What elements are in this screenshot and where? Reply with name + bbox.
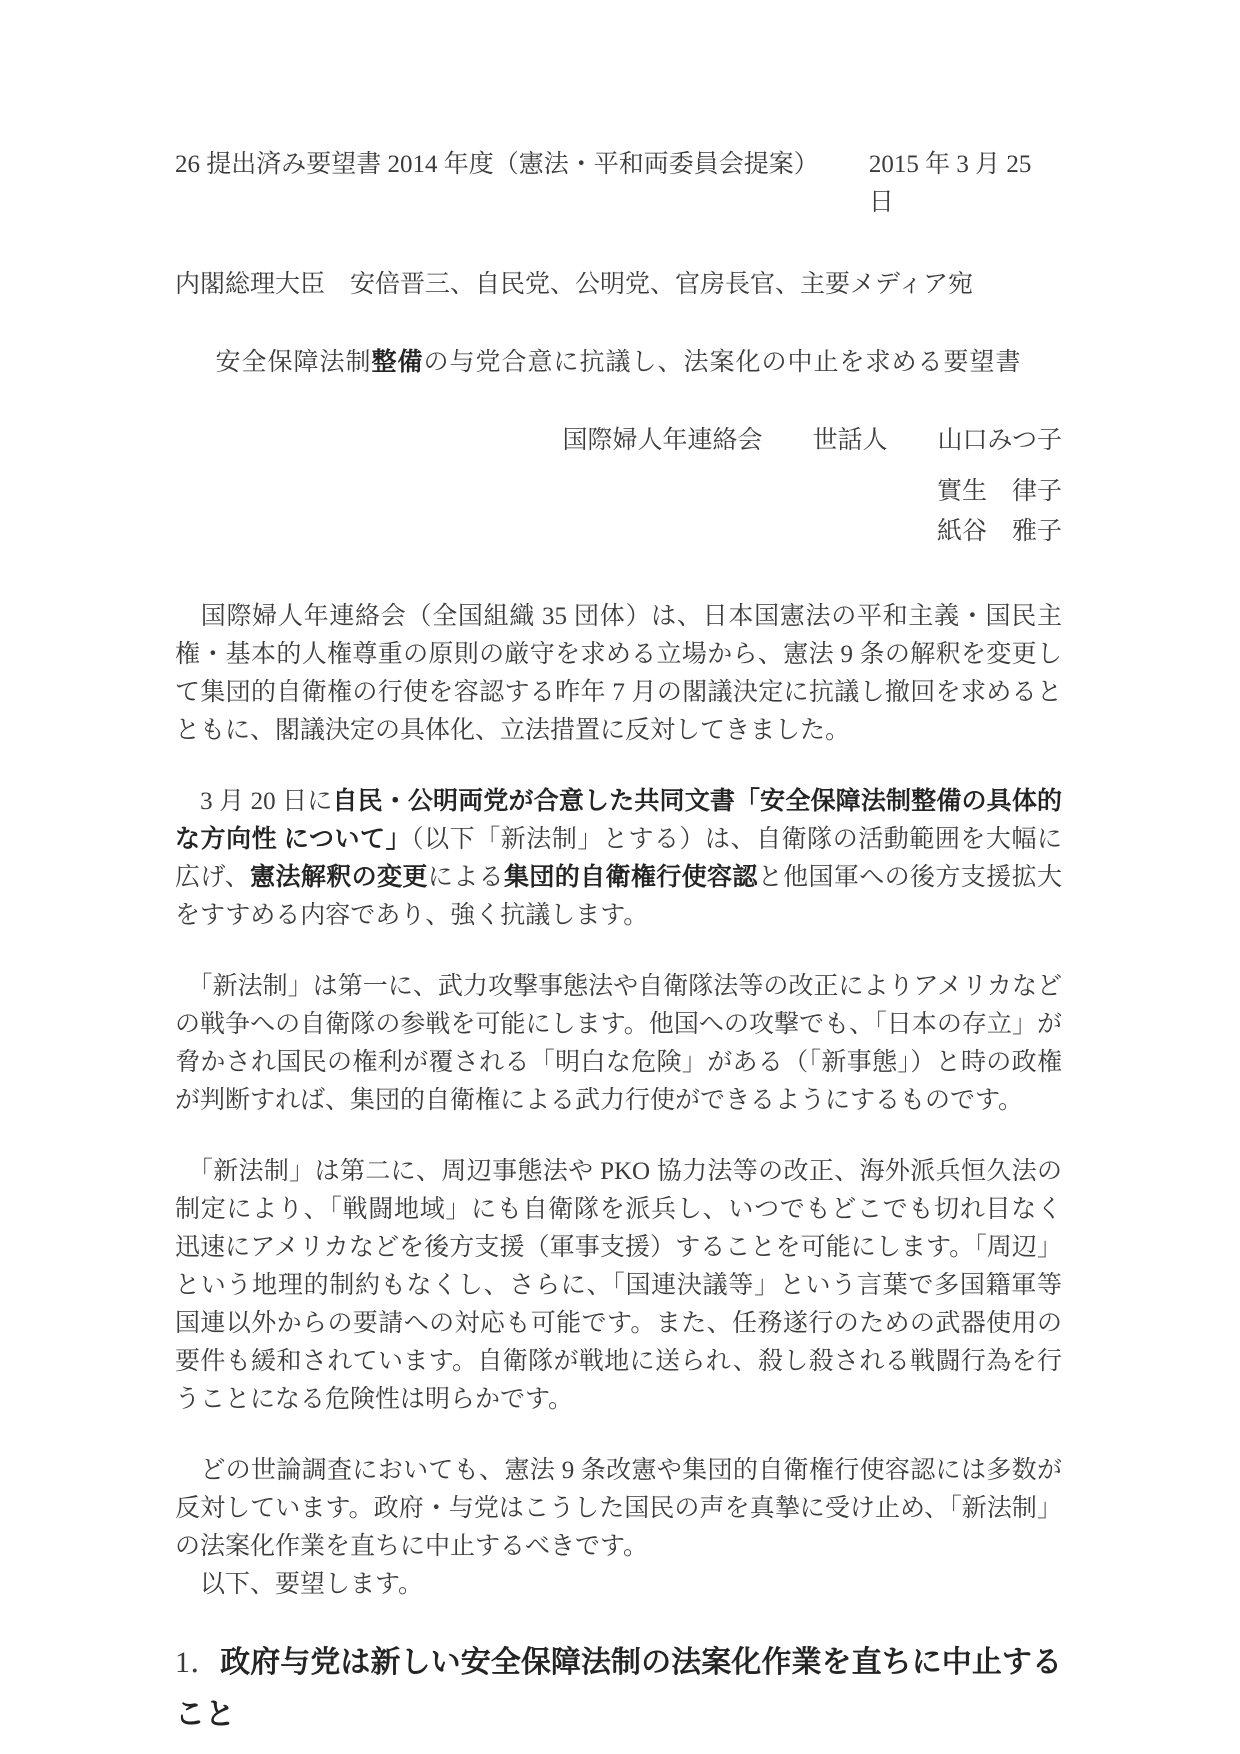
- text-segment: による: [428, 864, 504, 891]
- bold-text-segment: 政府与党は新しい安全保障法制の法案化作業を直ちに中止すること: [175, 1646, 1062, 1731]
- bold-text-segment: 整備: [371, 349, 423, 376]
- text-segment: 国際婦人年連絡会（全国組織 35 団体）は、日本国憲法の平和主義・国民主権・基本…: [175, 603, 1062, 744]
- text-segment: 安全保障法制: [215, 349, 371, 376]
- signatory-org-line: 国際婦人年連絡会 世話人 山口みつ子: [175, 422, 1062, 460]
- signatory-names: 實生 律子紙谷 雅子: [175, 472, 1062, 552]
- paragraph: 「新法制」は第一に、武力攻撃事態法や自衛隊法等の改正によりアメリカなどの戦争への…: [175, 968, 1062, 1120]
- meta-date: 2015 年 3 月 25 日: [869, 146, 1062, 222]
- document-page: 26 提出済み要望書 2014 年度（憲法・平和両委員会提案） 2015 年 3…: [0, 0, 1240, 1754]
- addressee-line: 内閣総理大臣 安倍晋三、自民党、公明党、官房長官、主要メディア宛: [175, 266, 1062, 304]
- meta-left-text: 26 提出済み要望書 2014 年度（憲法・平和両委員会提案）: [175, 146, 817, 222]
- document-title: 安全保障法制整備の与党合意に抗議し、法案化の中止を求める要望書: [175, 344, 1062, 382]
- text-segment: 「新法制」は第二に、周辺事態法や PKO 協力法等の改正、海外派兵恒久法の制定に…: [175, 1158, 1062, 1413]
- demand-heading: 1．政府与党は新しい安全保障法制の法案化作業を直ちに中止すること: [175, 1637, 1062, 1741]
- text-segment: の与党合意に抗議し、法案化の中止を求める要望書: [424, 349, 1022, 376]
- paragraph: どの世論調査においても、憲法 9 条改憲や集団的自衛権行使容認には多数が反対して…: [175, 1452, 1062, 1566]
- paragraph: 「新法制」は第二に、周辺事態法や PKO 協力法等の改正、海外派兵恒久法の制定に…: [175, 1153, 1062, 1419]
- text-segment: 1．: [175, 1646, 220, 1679]
- paragraph: 以下、要望します。: [175, 1566, 1062, 1604]
- paragraph: 3 月 20 日に自民・公明両党が合意した共同文書「安全保障法制整備の具体的な方…: [175, 783, 1062, 935]
- signatory-name: 實生 律子: [175, 472, 1062, 512]
- body-paragraphs: 国際婦人年連絡会（全国組織 35 団体）は、日本国憲法の平和主義・国民主権・基本…: [175, 598, 1062, 1604]
- meta-line: 26 提出済み要望書 2014 年度（憲法・平和両委員会提案） 2015 年 3…: [175, 146, 1062, 222]
- text-segment: 以下、要望します。: [175, 1571, 423, 1598]
- text-segment: 「新法制」は第一に、武力攻撃事態法や自衛隊法等の改正によりアメリカなどの戦争への…: [175, 973, 1062, 1114]
- bold-text-segment: 集団的自衛権行使容認: [504, 864, 758, 891]
- text-segment: どの世論調査においても、憲法 9 条改憲や集団的自衛権行使容認には多数が反対して…: [175, 1457, 1062, 1560]
- bold-text-segment: 憲法解釈の変更: [250, 864, 428, 891]
- signatory-name: 紙谷 雅子: [175, 512, 1062, 552]
- signatory-block: 国際婦人年連絡会 世話人 山口みつ子 實生 律子紙谷 雅子: [175, 422, 1062, 552]
- paragraph: 国際婦人年連絡会（全国組織 35 団体）は、日本国憲法の平和主義・国民主権・基本…: [175, 598, 1062, 750]
- text-segment: 3 月 20 日に: [175, 788, 332, 815]
